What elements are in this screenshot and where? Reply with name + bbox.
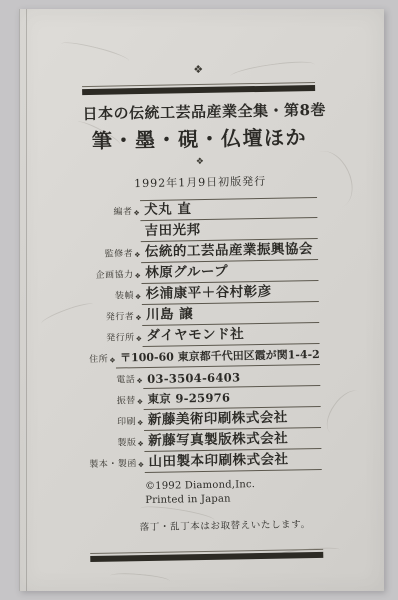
volume-title: 筆・墨・硯・仏壇ほか xyxy=(83,121,316,154)
replacement-note: 落丁・乱丁本はお取替えいたします。 xyxy=(140,516,323,533)
row-value: 山田製本印刷株式会社 xyxy=(144,449,321,473)
row-label: 製版 xyxy=(117,435,136,448)
series-title: 日本の伝統工芸品産業全集・第8巻 xyxy=(82,99,315,124)
edition-date: 1992年1月9日初版発行 xyxy=(84,172,317,192)
book-photo: { "photo": { "background_color": "#c6c5c… xyxy=(0,0,398,600)
footer-rule-thick-bar xyxy=(90,552,323,562)
row-label: 印刷 xyxy=(117,414,136,427)
row-label: 電話 xyxy=(116,372,135,385)
row-label: 製本・製函 xyxy=(89,456,137,470)
row-label: 監修者 xyxy=(105,246,134,259)
row-label: 振替 xyxy=(117,393,136,406)
paper-fiber xyxy=(320,384,371,440)
book-page: ❖ 日本の伝統工芸品産業全集・第8巻 筆・墨・硯・仏壇ほか ❖ 1992年1月9… xyxy=(19,9,384,591)
row-label: 編者 xyxy=(113,204,132,217)
copyright-line-2: Printed in Japan xyxy=(145,491,322,508)
row-label: 装幀 xyxy=(115,288,134,301)
header-rule xyxy=(82,82,315,95)
colophon-table: 編者❖ 犬丸 直 吉田光邦 監修者❖ 伝統的工芸品産業振興協会 企画協力❖ 林原… xyxy=(84,197,322,474)
colophon-row-binding: 製本・製函❖ 山田製本印刷株式会社 xyxy=(88,449,321,474)
page-left-edge xyxy=(26,9,27,591)
row-label: 企画協力 xyxy=(95,267,133,281)
copyright-block: ©1992 Diamond,Inc. Printed in Japan xyxy=(145,477,322,508)
divider-ornament-icon: ❖ xyxy=(83,156,316,169)
header-rule-thick-bar xyxy=(82,85,315,95)
row-label: 発行所 xyxy=(106,330,135,343)
paper-fiber xyxy=(60,39,131,67)
row-label: 発行者 xyxy=(106,309,135,322)
top-ornament-icon: ❖ xyxy=(82,62,315,77)
row-label: 住所 xyxy=(89,352,108,365)
colophon-content: ❖ 日本の伝統工芸品産業全集・第8巻 筆・墨・硯・仏壇ほか ❖ 1992年1月9… xyxy=(82,62,324,562)
footer-rule xyxy=(90,549,323,562)
paper-fiber xyxy=(110,571,171,585)
